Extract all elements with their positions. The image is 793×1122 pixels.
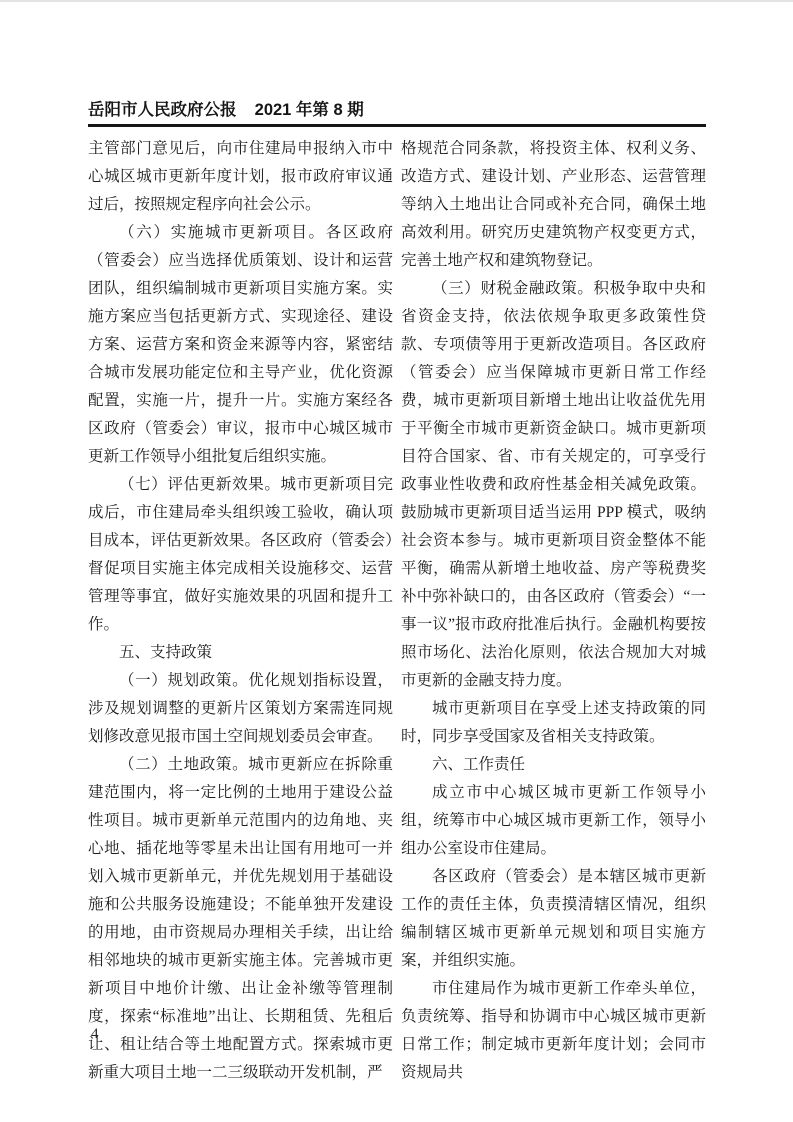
page-number: 4	[91, 1024, 99, 1044]
page-header: 岳阳市人民政府公报2021 年第 8 期	[88, 101, 706, 127]
paragraph: （一）规划政策。优化规划指标设置，涉及规划调整的更新片区策划方案需连同规划修改意…	[88, 667, 393, 751]
gazette-title: 岳阳市人民政府公报	[88, 101, 237, 119]
paragraph: 成立市中心城区城市更新工作领导小组，统筹市中心城区城市更新工作，领导小组办公室设…	[401, 779, 706, 863]
paragraph: 五、支持政策	[88, 639, 393, 667]
paragraph: 市住建局作为城市更新工作牵头单位，负责统筹、指导和协调市中心城区城市更新日常工作…	[401, 975, 706, 1087]
running-head: 岳阳市人民政府公报2021 年第 8 期	[88, 101, 706, 119]
paragraph: （三）财税金融政策。积极争取中央和省资金支持，依法依规争取更多政策性贷款、专项债…	[401, 275, 706, 695]
right-column: 格规范合同条款，将投资主体、权利义务、改造方式、建设计划、产业形态、运营管理等纳…	[401, 135, 706, 1087]
paragraph: 主管部门意见后，向市住建局申报纳入市中心城区城市更新年度计划，报市政府审议通过后…	[88, 135, 393, 219]
paragraph: （二）土地政策。城市更新应在拆除重建范围内，将一定比例的土地用于建设公益性项目。…	[88, 751, 393, 1087]
gazette-page: 岳阳市人民政府公报2021 年第 8 期 主管部门意见后，向市住建局申报纳入市中…	[0, 0, 793, 1122]
document-body: 主管部门意见后，向市住建局申报纳入市中心城区城市更新年度计划，报市政府审议通过后…	[88, 135, 706, 1087]
paragraph: 六、工作责任	[401, 751, 706, 779]
paragraph: 城市更新项目在享受上述支持政策的同时，同步享受国家及省相关支持政策。	[401, 695, 706, 751]
paragraph: 格规范合同条款，将投资主体、权利义务、改造方式、建设计划、产业形态、运营管理等纳…	[401, 135, 706, 275]
paragraph: 各区政府（管委会）是本辖区城市更新工作的责任主体，负责摸清辖区情况，组织编制辖区…	[401, 863, 706, 975]
paragraph: （七）评估更新效果。城市更新项目完成后，市住建局牵头组织竣工验收，确认项目成本，…	[88, 471, 393, 639]
header-rule	[88, 124, 706, 127]
left-column: 主管部门意见后，向市住建局申报纳入市中心城区城市更新年度计划，报市政府审议通过后…	[88, 135, 393, 1087]
paragraph: （六）实施城市更新项目。各区政府（管委会）应当选择优质策划、设计和运营团队，组织…	[88, 219, 393, 471]
gazette-issue: 2021 年第 8 期	[255, 101, 364, 119]
